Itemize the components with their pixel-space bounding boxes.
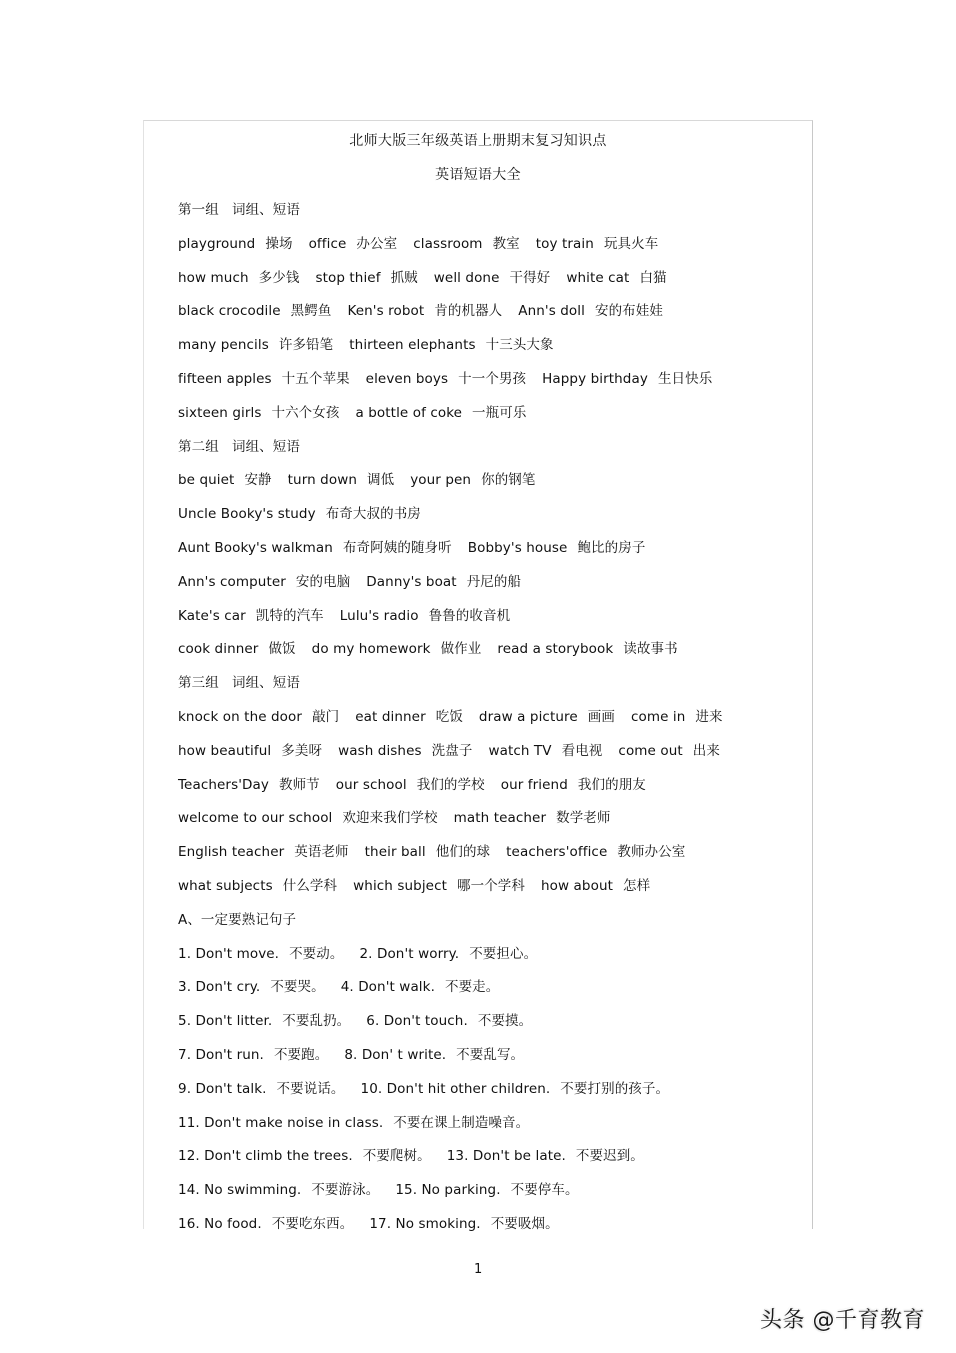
english-phrase: math teacher: [454, 810, 546, 826]
phrase-line: 12. Don't climb the trees.不要爬树。13. Don't…: [178, 1144, 644, 1164]
phrase-line: Kate's car凯特的汽车Lulu's radio鲁鲁的收音机: [178, 604, 510, 624]
chinese-translation: 生日快乐: [658, 367, 712, 387]
english-phrase: fifteen apples: [178, 371, 272, 387]
english-phrase: 10. Don't hit other children.: [361, 1081, 551, 1097]
english-phrase: 3. Don't cry.: [178, 979, 260, 995]
english-phrase: 11. Don't make noise in class.: [178, 1115, 383, 1131]
english-phrase: 17. No smoking.: [369, 1216, 480, 1232]
english-phrase: 8. Don' t write.: [344, 1047, 446, 1063]
english-phrase: well done: [434, 270, 500, 286]
english-phrase: Lulu's radio: [340, 608, 419, 624]
english-phrase: which subject: [353, 878, 447, 894]
section-heading: 第二组 词组、短语: [178, 435, 300, 455]
english-phrase: Uncle Booky's study: [178, 506, 316, 522]
english-phrase: Ann's doll: [518, 303, 585, 319]
english-phrase: Ann's computer: [178, 574, 286, 590]
chinese-translation: 鲁鲁的收音机: [429, 604, 511, 624]
english-phrase: what subjects: [178, 878, 273, 894]
chinese-translation: 不要摸。: [478, 1009, 532, 1029]
phrase-line: English teacher英语老师their ball他们的球teacher…: [178, 840, 685, 860]
english-phrase: thirteen elephants: [349, 337, 475, 353]
chinese-translation: 不要迟到。: [576, 1144, 644, 1164]
chinese-translation: 出来: [693, 739, 720, 759]
chinese-translation: 教师节: [279, 773, 320, 793]
english-phrase: 14. No swimming.: [178, 1182, 301, 1198]
chinese-translation: 读故事书: [623, 637, 677, 657]
chinese-translation: 你的钢笔: [481, 468, 535, 488]
english-phrase: how much: [178, 270, 249, 286]
chinese-translation: 黑鳄鱼: [291, 299, 332, 319]
chinese-translation: 敲门: [312, 705, 339, 725]
english-phrase: your pen: [410, 472, 471, 488]
chinese-translation: 做饭: [268, 637, 295, 657]
chinese-translation: 英语老师: [294, 840, 348, 860]
section-heading: A、一定要熟记句子: [178, 908, 296, 928]
chinese-translation: 多美呀: [281, 739, 322, 759]
english-phrase: knock on the door: [178, 709, 302, 725]
chinese-translation: 安静: [244, 468, 271, 488]
english-phrase: English teacher: [178, 844, 284, 860]
english-phrase: 5. Don't litter.: [178, 1013, 272, 1029]
phrase-line: 7. Don't run.不要跑。8. Don' t write.不要乱写。: [178, 1043, 524, 1063]
chinese-translation: 十五个苹果: [282, 367, 350, 387]
english-phrase: 4. Don't walk.: [341, 979, 435, 995]
phrase-line: Aunt Booky's walkman布奇阿姨的随身听Bobby's hous…: [178, 536, 645, 556]
phrase-line: be quiet安静turn down调低your pen你的钢笔: [178, 468, 536, 488]
english-phrase: turn down: [288, 472, 357, 488]
english-phrase: 2. Don't worry.: [359, 946, 459, 962]
english-phrase: Danny's boat: [366, 574, 456, 590]
chinese-translation: 丹尼的船: [467, 570, 521, 590]
chinese-translation: 哪一个学科: [457, 874, 525, 894]
chinese-translation: 做作业: [441, 637, 482, 657]
chinese-translation: 洗盘子: [432, 739, 473, 759]
chinese-translation: 玩具火车: [604, 232, 658, 252]
english-phrase: white cat: [566, 270, 629, 286]
english-phrase: 15. No parking.: [395, 1182, 500, 1198]
english-phrase: eleven boys: [366, 371, 448, 387]
chinese-translation: 安的电脑: [296, 570, 350, 590]
phrase-line: sixteen girls十六个女孩a bottle of coke一瓶可乐: [178, 401, 526, 421]
english-phrase: 13. Don't be late.: [447, 1148, 566, 1164]
chinese-translation: 安的布娃娃: [595, 299, 663, 319]
chinese-translation: 肯的机器人: [434, 299, 502, 319]
chinese-translation: 不要游泳。: [311, 1178, 379, 1198]
english-phrase: how about: [541, 878, 613, 894]
english-phrase: our school: [336, 777, 407, 793]
phrase-line: fifteen apples十五个苹果eleven boys十一个男孩Happy…: [178, 367, 712, 387]
document-subtitle: 英语短语大全: [0, 164, 956, 184]
chinese-translation: 许多铅笔: [279, 333, 333, 353]
english-phrase: come in: [631, 709, 685, 725]
english-phrase: welcome to our school: [178, 810, 332, 826]
english-phrase: Bobby's house: [468, 540, 568, 556]
phrase-line: many pencils许多铅笔thirteen elephants十三头大象: [178, 333, 554, 353]
chinese-translation: 进来: [695, 705, 722, 725]
english-phrase: cook dinner: [178, 641, 258, 657]
english-phrase: do my homework: [312, 641, 431, 657]
phrase-line: knock on the door敲门eat dinner吃饭draw a pi…: [178, 705, 723, 725]
page-number: 1: [474, 1262, 482, 1277]
english-phrase: many pencils: [178, 337, 269, 353]
chinese-translation: 画画: [588, 705, 615, 725]
chinese-translation: 不要在课上制造噪音。: [393, 1111, 529, 1131]
chinese-translation: 一瓶可乐: [472, 401, 526, 421]
phrase-line: Teachers'Day教师节our school我们的学校our friend…: [178, 773, 646, 793]
chinese-translation: 十三头大象: [486, 333, 554, 353]
chinese-translation: 教师办公室: [617, 840, 685, 860]
english-phrase: 12. Don't climb the trees.: [178, 1148, 353, 1164]
chinese-translation: 不要停车。: [511, 1178, 579, 1198]
phrase-line: 14. No swimming.不要游泳。15. No parking.不要停车…: [178, 1178, 579, 1198]
english-phrase: 7. Don't run.: [178, 1047, 264, 1063]
english-phrase: playground: [178, 236, 255, 252]
english-phrase: office: [309, 236, 347, 252]
english-phrase: Aunt Booky's walkman: [178, 540, 333, 556]
english-phrase: Ken's robot: [347, 303, 424, 319]
chinese-translation: 不要走。: [445, 975, 499, 995]
chinese-translation: 教室: [493, 232, 520, 252]
english-phrase: eat dinner: [355, 709, 425, 725]
document-title: 北师大版三年级英语上册期末复习知识点: [0, 130, 956, 150]
chinese-translation: 不要乱写。: [456, 1043, 524, 1063]
phrase-line: what subjects什么学科which subject哪一个学科how a…: [178, 874, 650, 894]
phrase-line: 9. Don't talk.不要说话。10. Don't hit other c…: [178, 1077, 669, 1097]
english-phrase: 6. Don't touch.: [366, 1013, 468, 1029]
english-phrase: 16. No food.: [178, 1216, 262, 1232]
chinese-translation: 欢迎来我们学校: [342, 806, 437, 826]
english-phrase: be quiet: [178, 472, 234, 488]
english-phrase: teachers'office: [506, 844, 607, 860]
english-phrase: draw a picture: [479, 709, 578, 725]
english-phrase: how beautiful: [178, 743, 271, 759]
chinese-translation: 多少钱: [259, 266, 300, 286]
phrase-line: Ann's computer安的电脑Danny's boat丹尼的船: [178, 570, 521, 590]
chinese-translation: 鲍比的房子: [577, 536, 645, 556]
section-heading: 第三组 词组、短语: [178, 671, 300, 691]
english-phrase: our friend: [501, 777, 568, 793]
chinese-translation: 布奇大叔的书房: [326, 502, 421, 522]
chinese-translation: 白猫: [639, 266, 666, 286]
watermark: 头条 @千育教育: [760, 1303, 925, 1334]
chinese-translation: 他们的球: [436, 840, 490, 860]
english-phrase: come out: [618, 743, 682, 759]
english-phrase: 9. Don't talk.: [178, 1081, 267, 1097]
english-phrase: wash dishes: [338, 743, 422, 759]
chinese-translation: 不要吸烟。: [491, 1212, 559, 1232]
english-phrase: sixteen girls: [178, 405, 261, 421]
chinese-translation: 不要哭。: [270, 975, 324, 995]
chinese-translation: 凯特的汽车: [256, 604, 324, 624]
english-phrase: stop thief: [315, 270, 380, 286]
chinese-translation: 不要乱扔。: [282, 1009, 350, 1029]
phrase-line: 5. Don't litter.不要乱扔。6. Don't touch.不要摸。: [178, 1009, 532, 1029]
english-phrase: Teachers'Day: [178, 777, 269, 793]
chinese-translation: 不要说话。: [277, 1077, 345, 1097]
phrase-line: 3. Don't cry.不要哭。4. Don't walk.不要走。: [178, 975, 499, 995]
chinese-translation: 操场: [265, 232, 292, 252]
chinese-translation: 办公室: [356, 232, 397, 252]
chinese-translation: 不要爬树。: [363, 1144, 431, 1164]
english-phrase: classroom: [413, 236, 482, 252]
english-phrase: read a storybook: [497, 641, 613, 657]
chinese-translation: 干得好: [510, 266, 551, 286]
phrase-line: 11. Don't make noise in class.不要在课上制造噪音。: [178, 1111, 529, 1131]
phrase-line: cook dinner做饭do my homework做作业read a sto…: [178, 637, 678, 657]
chinese-translation: 十六个女孩: [271, 401, 339, 421]
phrase-line: Uncle Booky's study布奇大叔的书房: [178, 502, 421, 522]
english-phrase: toy train: [536, 236, 594, 252]
chinese-translation: 布奇阿姨的随身听: [343, 536, 452, 556]
english-phrase: Happy birthday: [542, 371, 648, 387]
chinese-translation: 什么学科: [283, 874, 337, 894]
chinese-translation: 不要吃东西。: [272, 1212, 354, 1232]
english-phrase: 1. Don't move.: [178, 946, 279, 962]
chinese-translation: 我们的学校: [417, 773, 485, 793]
english-phrase: a bottle of coke: [355, 405, 462, 421]
english-phrase: watch TV: [488, 743, 551, 759]
chinese-translation: 吃饭: [436, 705, 463, 725]
phrase-line: welcome to our school欢迎来我们学校math teacher…: [178, 806, 611, 826]
chinese-translation: 不要打别的孩子。: [560, 1077, 669, 1097]
chinese-translation: 我们的朋友: [578, 773, 646, 793]
english-phrase: their ball: [365, 844, 426, 860]
chinese-translation: 不要跑。: [274, 1043, 328, 1063]
phrase-line: black crocodile黑鳄鱼Ken's robot肯的机器人Ann's …: [178, 299, 663, 319]
chinese-translation: 调低: [367, 468, 394, 488]
phrase-line: playground操场office办公室classroom教室toy trai…: [178, 232, 658, 252]
chinese-translation: 怎样: [623, 874, 650, 894]
chinese-translation: 看电视: [562, 739, 603, 759]
chinese-translation: 不要担心。: [469, 942, 537, 962]
english-phrase: Kate's car: [178, 608, 246, 624]
chinese-translation: 抓贼: [391, 266, 418, 286]
phrase-line: how much多少钱stop thief抓贼well done干得好white…: [178, 266, 667, 286]
phrase-line: 1. Don't move.不要动。2. Don't worry.不要担心。: [178, 942, 537, 962]
english-phrase: black crocodile: [178, 303, 281, 319]
chinese-translation: 不要动。: [289, 942, 343, 962]
chinese-translation: 十一个男孩: [458, 367, 526, 387]
phrase-line: how beautiful多美呀wash dishes洗盘子watch TV看电…: [178, 739, 720, 759]
chinese-translation: 数学老师: [556, 806, 610, 826]
section-heading: 第一组 词组、短语: [178, 198, 300, 218]
phrase-line: 16. No food.不要吃东西。17. No smoking.不要吸烟。: [178, 1212, 559, 1232]
